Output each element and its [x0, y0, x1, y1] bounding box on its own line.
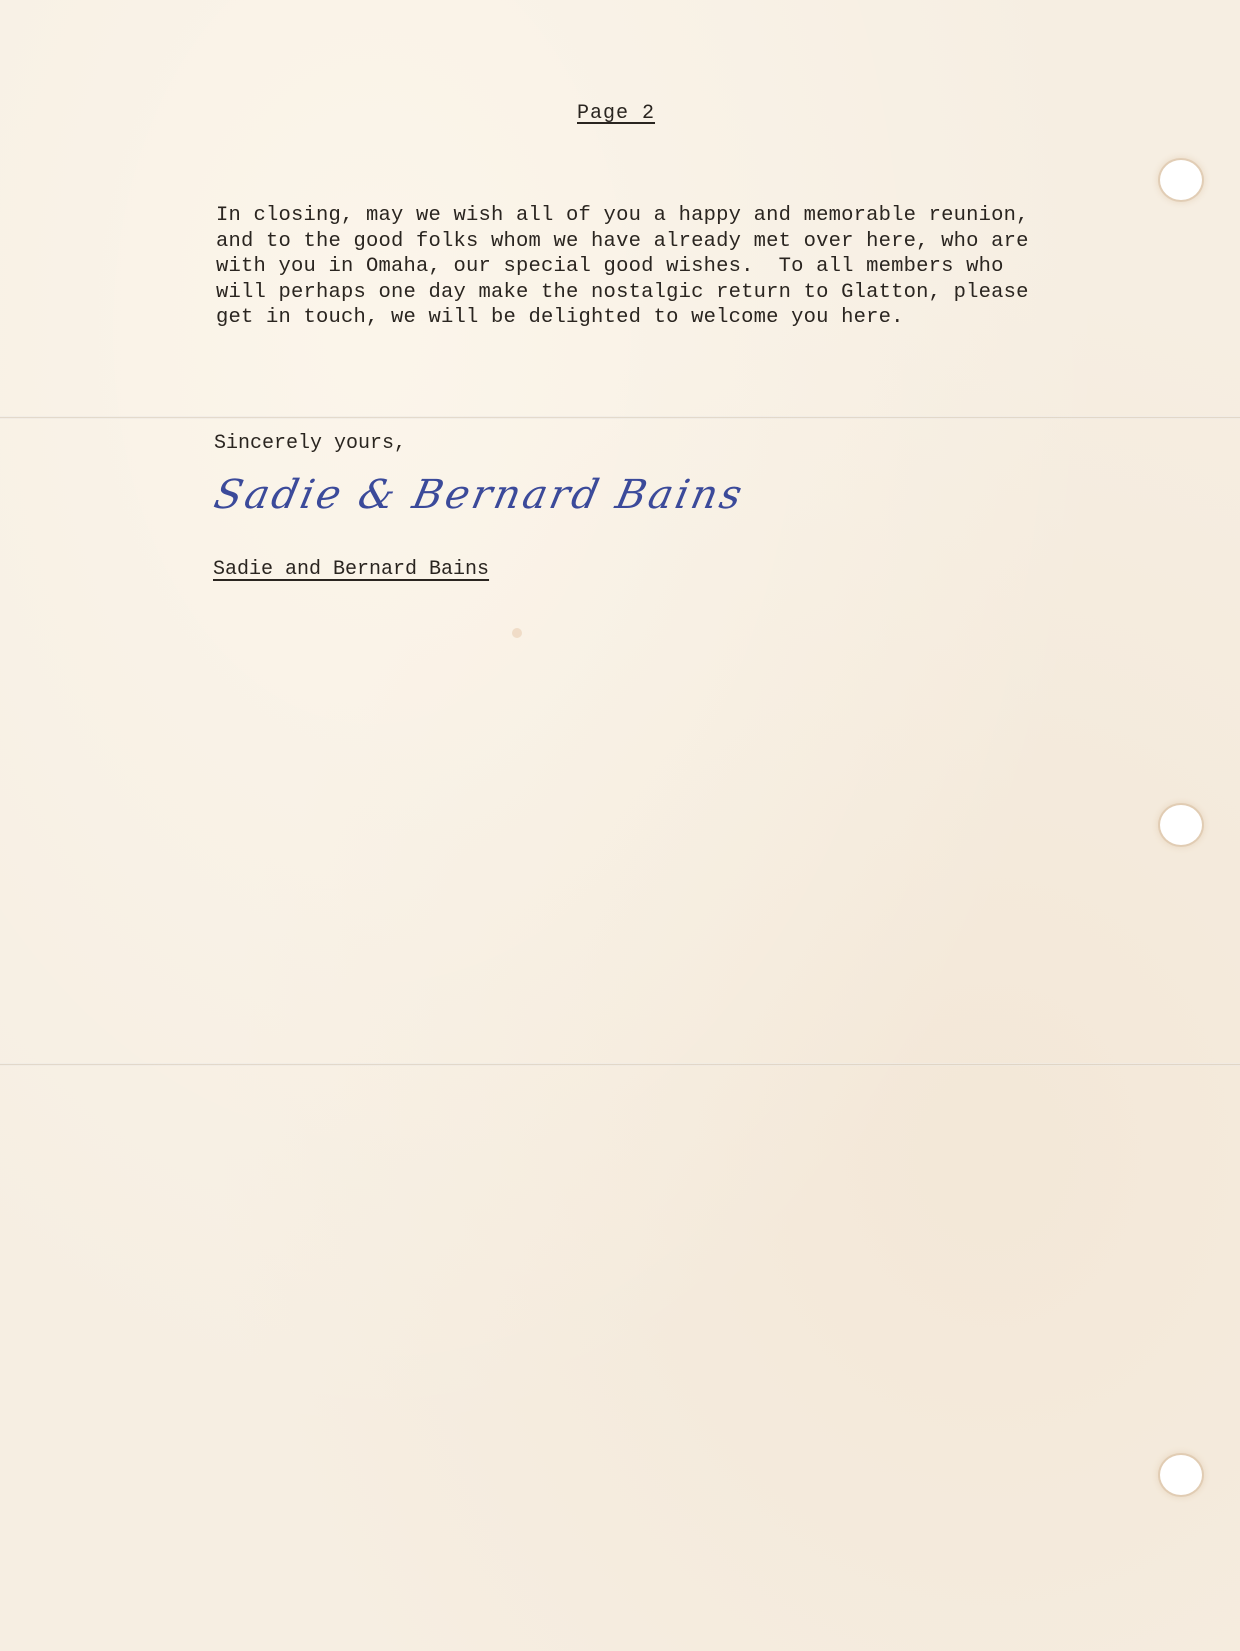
closing-salutation: Sincerely yours, [214, 432, 406, 455]
punch-hole [1160, 1455, 1202, 1495]
page-number-header: Page 2 [577, 102, 655, 125]
typed-signature-name: Sadie and Bernard Bains [213, 558, 489, 581]
punch-hole [1160, 160, 1202, 200]
body-line: will perhaps one day make the nostalgic … [216, 280, 1036, 306]
punch-hole [1160, 805, 1202, 845]
body-line: with you in Omaha, our special good wish… [216, 254, 1036, 280]
letter-body: In closing, may we wish all of you a hap… [216, 203, 1036, 331]
body-line: and to the good folks whom we have alrea… [216, 229, 1036, 255]
paper-fold-line [0, 1063, 1240, 1066]
body-line: get in touch, we will be delighted to we… [216, 305, 1036, 331]
body-line: In closing, may we wish all of you a hap… [216, 203, 1036, 229]
paper-stain [512, 628, 522, 638]
handwritten-signature: Sadie & Bernard Bains [210, 472, 749, 518]
paper-fold-line [0, 416, 1240, 419]
